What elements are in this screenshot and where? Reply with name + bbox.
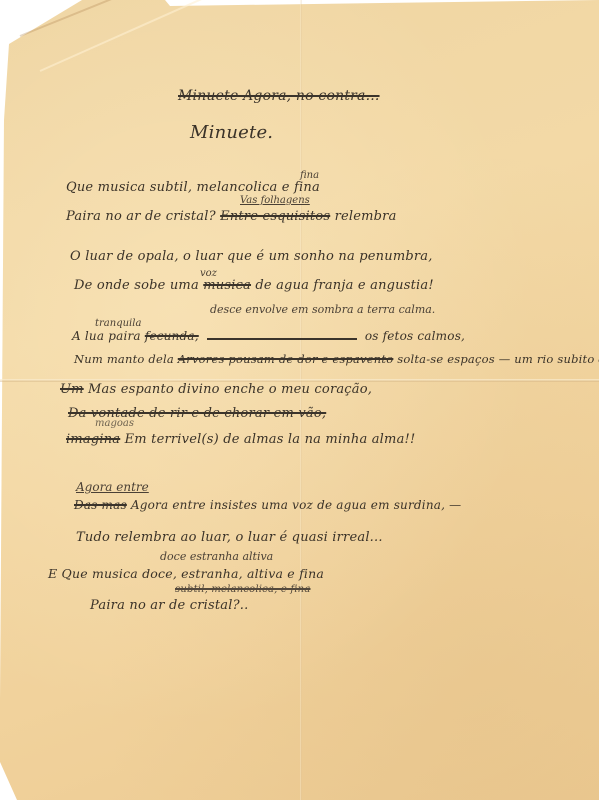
poem-line-12: E Que musica doce, estranha, altiva e fi… xyxy=(48,566,324,581)
poem-line-3: O luar de opala, o luar que é um sonho n… xyxy=(70,249,433,264)
poem-line-4: De onde sobe uma musica de agua franja e… xyxy=(74,278,434,293)
poem-line-4-struck: musica xyxy=(203,278,251,293)
struck-heading: Minuete Agora, no contra... xyxy=(178,88,380,104)
poem-line-12-text: E Que musica doce, estranha, altiva e fi… xyxy=(48,566,324,581)
line-5-insertion: desce envolve em sombra a terra calma. xyxy=(210,303,435,316)
poem-line-10-struck: Das mas xyxy=(74,498,127,512)
poem-line-2: Paira no ar de cristal? Entre esquisitos… xyxy=(66,209,397,224)
line-5b-insertion: tranquila xyxy=(95,318,141,329)
poem-line-6-tail: solta-se espaços — um rio subito de cari… xyxy=(397,352,599,366)
poem-line-4-tail: de agua franja e angustia! xyxy=(255,278,433,293)
line-2-insertion: Vas folhagens xyxy=(240,195,310,206)
poem-line-7-struck: Um xyxy=(60,382,84,397)
vertical-fold xyxy=(300,0,302,800)
line-9-insertion: magoas xyxy=(95,418,134,429)
poem-line-5: A lua paira fecunda, os fetos calmos, xyxy=(72,329,465,343)
poem-line-2-struck: Entre esquisitos xyxy=(220,209,330,224)
line-12-insertion: doce estranha altiva xyxy=(160,550,273,563)
line-10-insertion: Agora entre xyxy=(76,480,149,494)
poem-line-9: imagina Em terrivel(s) de almas la na mi… xyxy=(66,432,415,447)
struck-scribble xyxy=(207,332,357,340)
poem-line-7: Um Mas espanto divino enche o meu coraçã… xyxy=(60,382,372,397)
poem-line-2-text: Paira no ar de cristal? xyxy=(66,209,216,224)
poem-line-5-tail: os fetos calmos, xyxy=(365,329,465,343)
poem-line-4-text: De onde sobe uma xyxy=(74,278,199,293)
poem-line-10: Das mas Agora entre insistes uma voz de … xyxy=(74,498,461,512)
poem-line-9-text: Em terrivel(s) de almas la na minha alma… xyxy=(125,432,416,447)
poem-line-13: Paira no ar de cristal?.. xyxy=(90,598,248,613)
poem-line-6-struck: Arvores pousam de dor e espavento xyxy=(178,352,394,366)
poem-line-6-text: Num manto dela xyxy=(74,352,174,366)
manuscript-title: Minuete. xyxy=(190,122,273,143)
poem-line-12-struck: subtil, melancolica, e fina xyxy=(175,584,310,595)
poem-line-1: Que musica subtil, melancolica e fina xyxy=(66,180,320,195)
poem-line-5-struck: fecunda, xyxy=(145,329,199,343)
poem-line-11: Tudo relembra ao luar, o luar é quasi ir… xyxy=(76,530,383,545)
poem-line-5-text: A lua paira xyxy=(72,329,141,343)
poem-line-9-struck: imagina xyxy=(66,432,120,447)
poem-line-10-tail: Agora entre insistes uma voz de agua em … xyxy=(131,498,462,512)
poem-line-2-tail: relembra xyxy=(335,209,397,224)
poem-line-6: Num manto dela Arvores pousam de dor e e… xyxy=(74,352,599,366)
poem-line-7-text: Mas espanto divino enche o meu coração, xyxy=(88,382,372,397)
